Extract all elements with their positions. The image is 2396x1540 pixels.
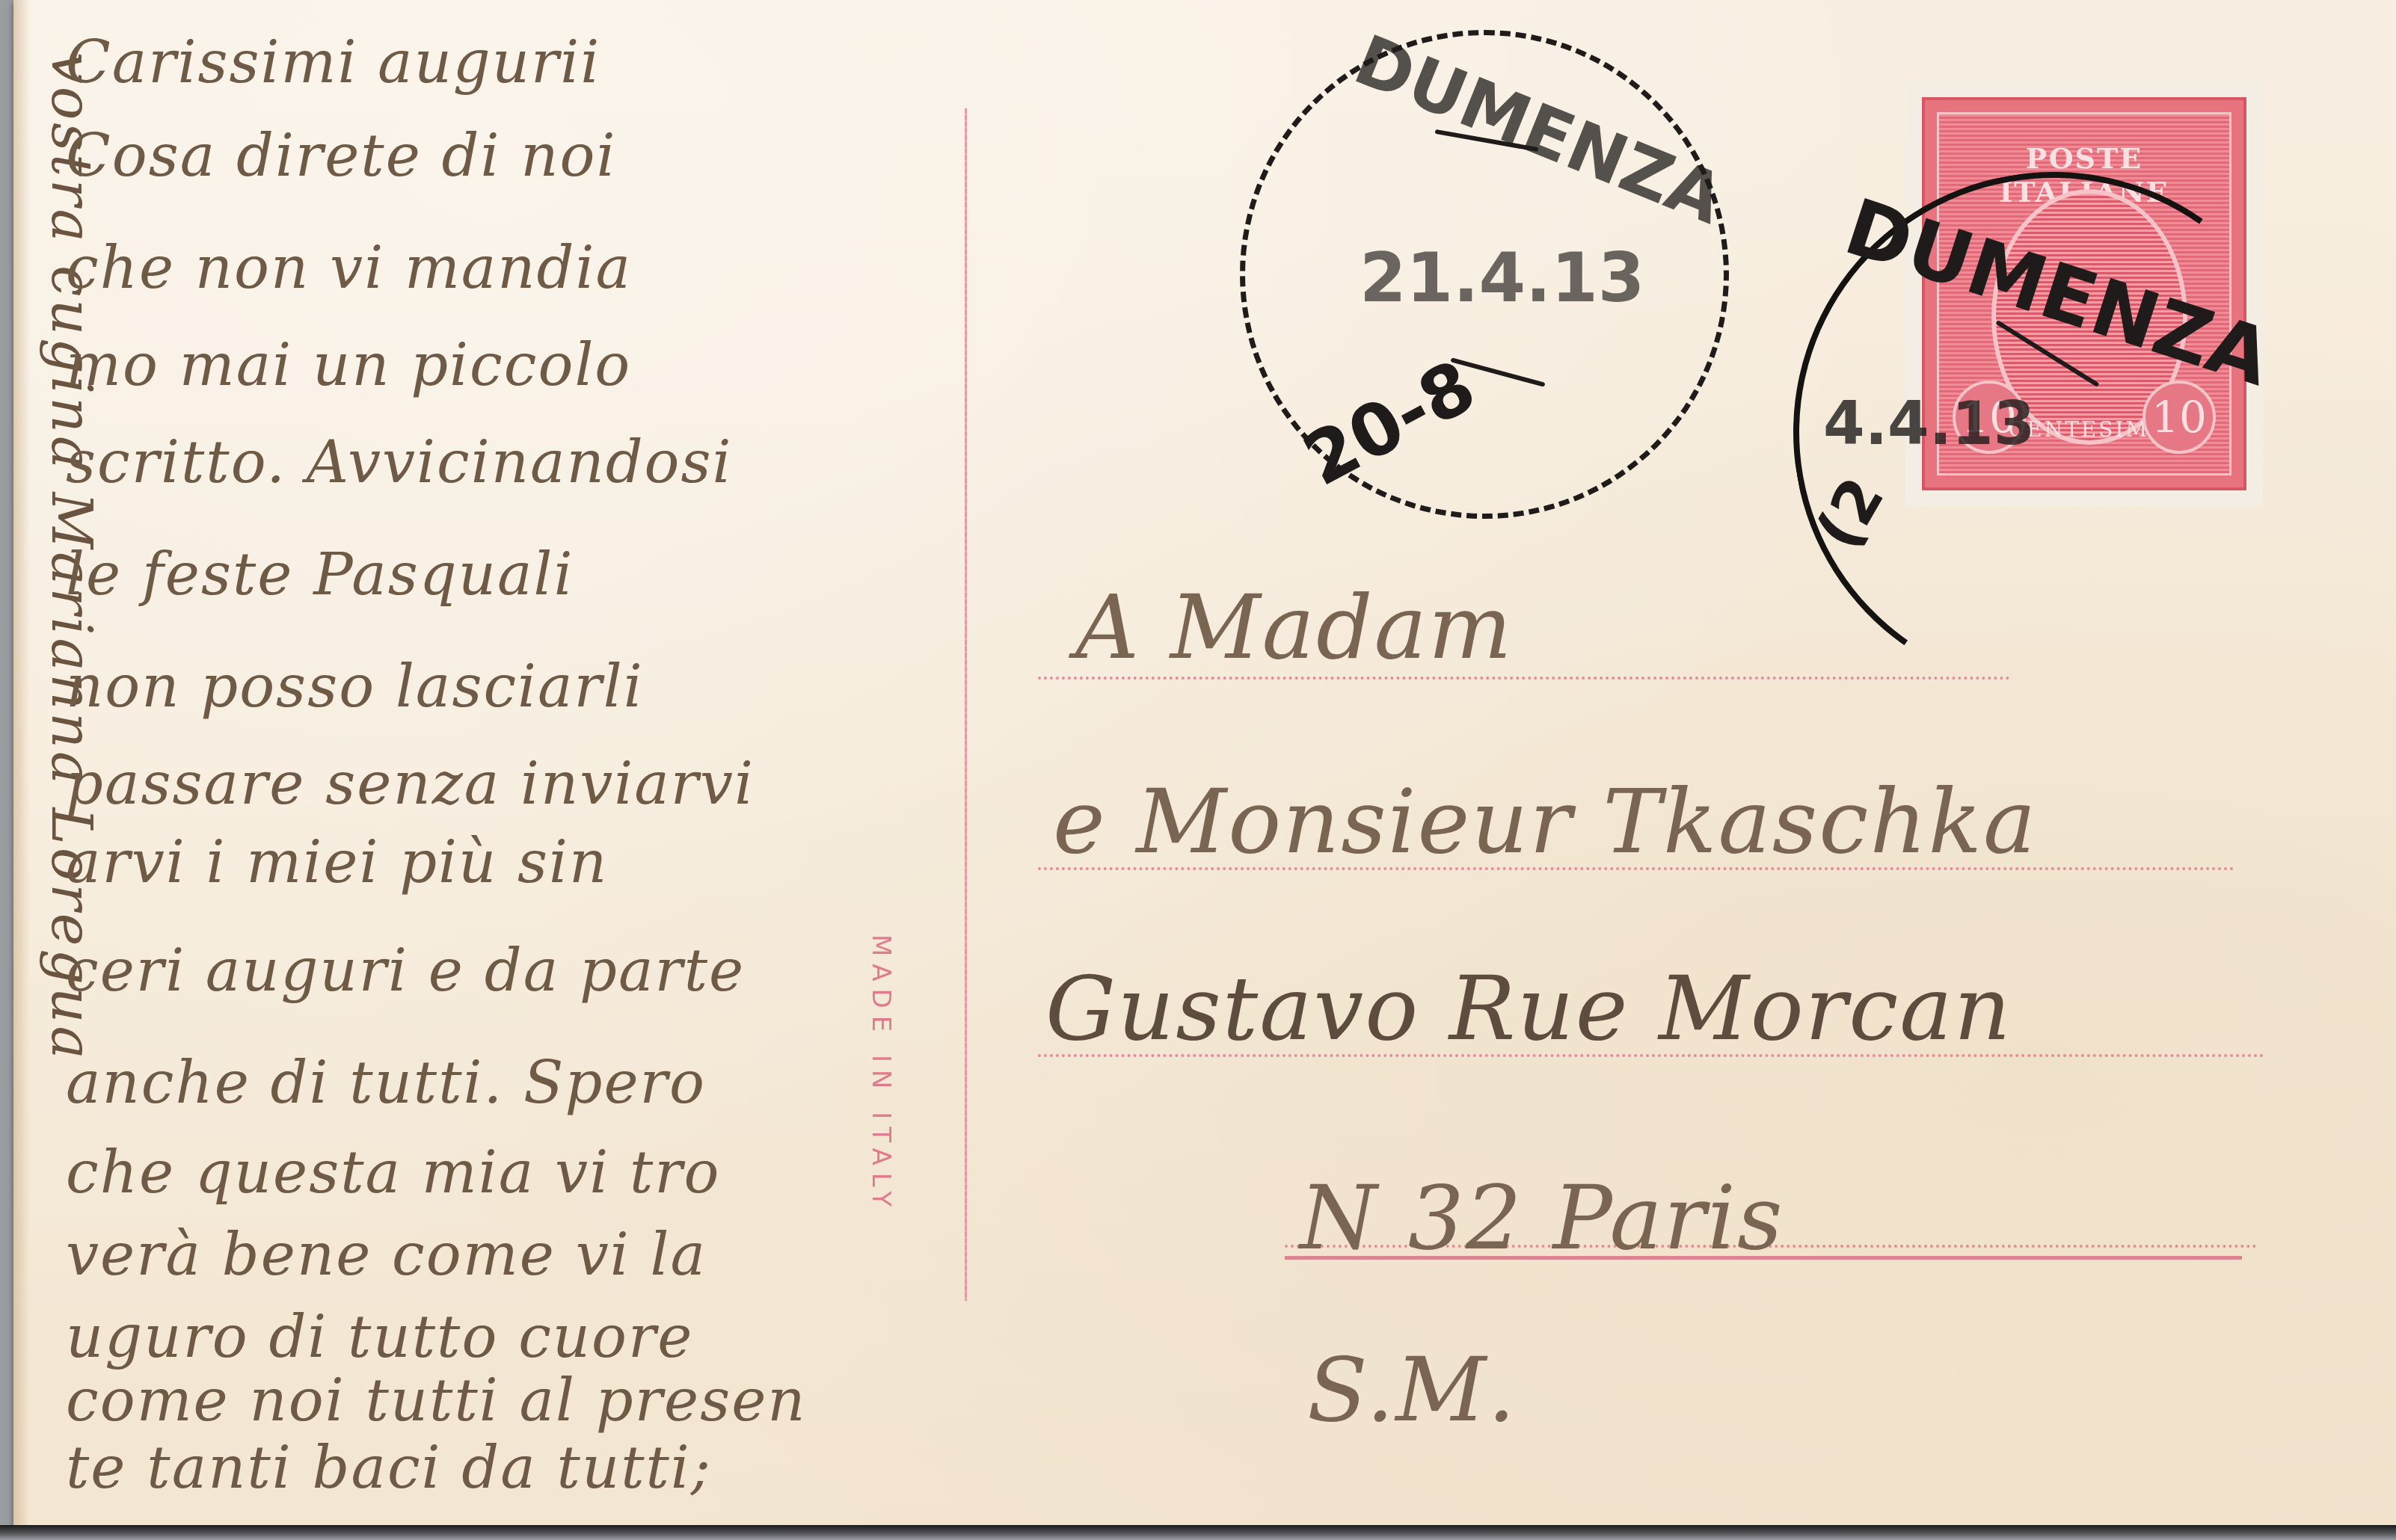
message-line: arvi i miei più sin bbox=[66, 834, 608, 892]
message-line: ceri auguri e da parte bbox=[66, 942, 745, 1000]
message-line: le feste Pasquali bbox=[66, 546, 574, 604]
scan-edge-shadow bbox=[0, 1525, 2396, 1540]
message-line: come noi tutti al presen bbox=[66, 1372, 807, 1430]
made-in-imprint: MADE IN ITALY bbox=[866, 934, 896, 1214]
address-line: Gustavo Rue Morcan bbox=[1045, 957, 2012, 1060]
message-line: non posso lasciarli bbox=[66, 658, 644, 716]
message-line: te tanti baci da tutti; bbox=[66, 1439, 712, 1497]
message-line: scritto. Avvicinandosi bbox=[66, 434, 733, 492]
message-line: mo mai un piccolo bbox=[66, 336, 631, 395]
address-line: S.M. bbox=[1307, 1338, 1517, 1441]
message-line: che non vi mandia bbox=[66, 239, 632, 298]
message-line: anche di tutti. Spero bbox=[66, 1054, 706, 1112]
postcard-back: vostra cugina Marianna Loregua Carissimi… bbox=[13, 0, 2396, 1525]
postmark-date: 21.4.13 bbox=[1360, 239, 1645, 318]
message-line: che questa mia vi tro bbox=[66, 1144, 720, 1202]
message-line: Carissimi augurii bbox=[66, 34, 600, 92]
message-line: verà bene come vi la bbox=[66, 1226, 707, 1284]
message-line: passare senza inviarvi bbox=[66, 755, 755, 813]
address-line: e Monsieur Tkaschka bbox=[1053, 770, 2037, 873]
message-line: Cosa direte di noi bbox=[66, 127, 616, 185]
address-line: A Madam bbox=[1075, 576, 1514, 679]
address-line: N 32 Paris bbox=[1300, 1166, 1784, 1269]
center-divider bbox=[965, 108, 967, 1301]
postmark-date: 4.4.13 bbox=[1823, 389, 2035, 458]
message-line: uguro di tutto cuore bbox=[66, 1308, 693, 1367]
